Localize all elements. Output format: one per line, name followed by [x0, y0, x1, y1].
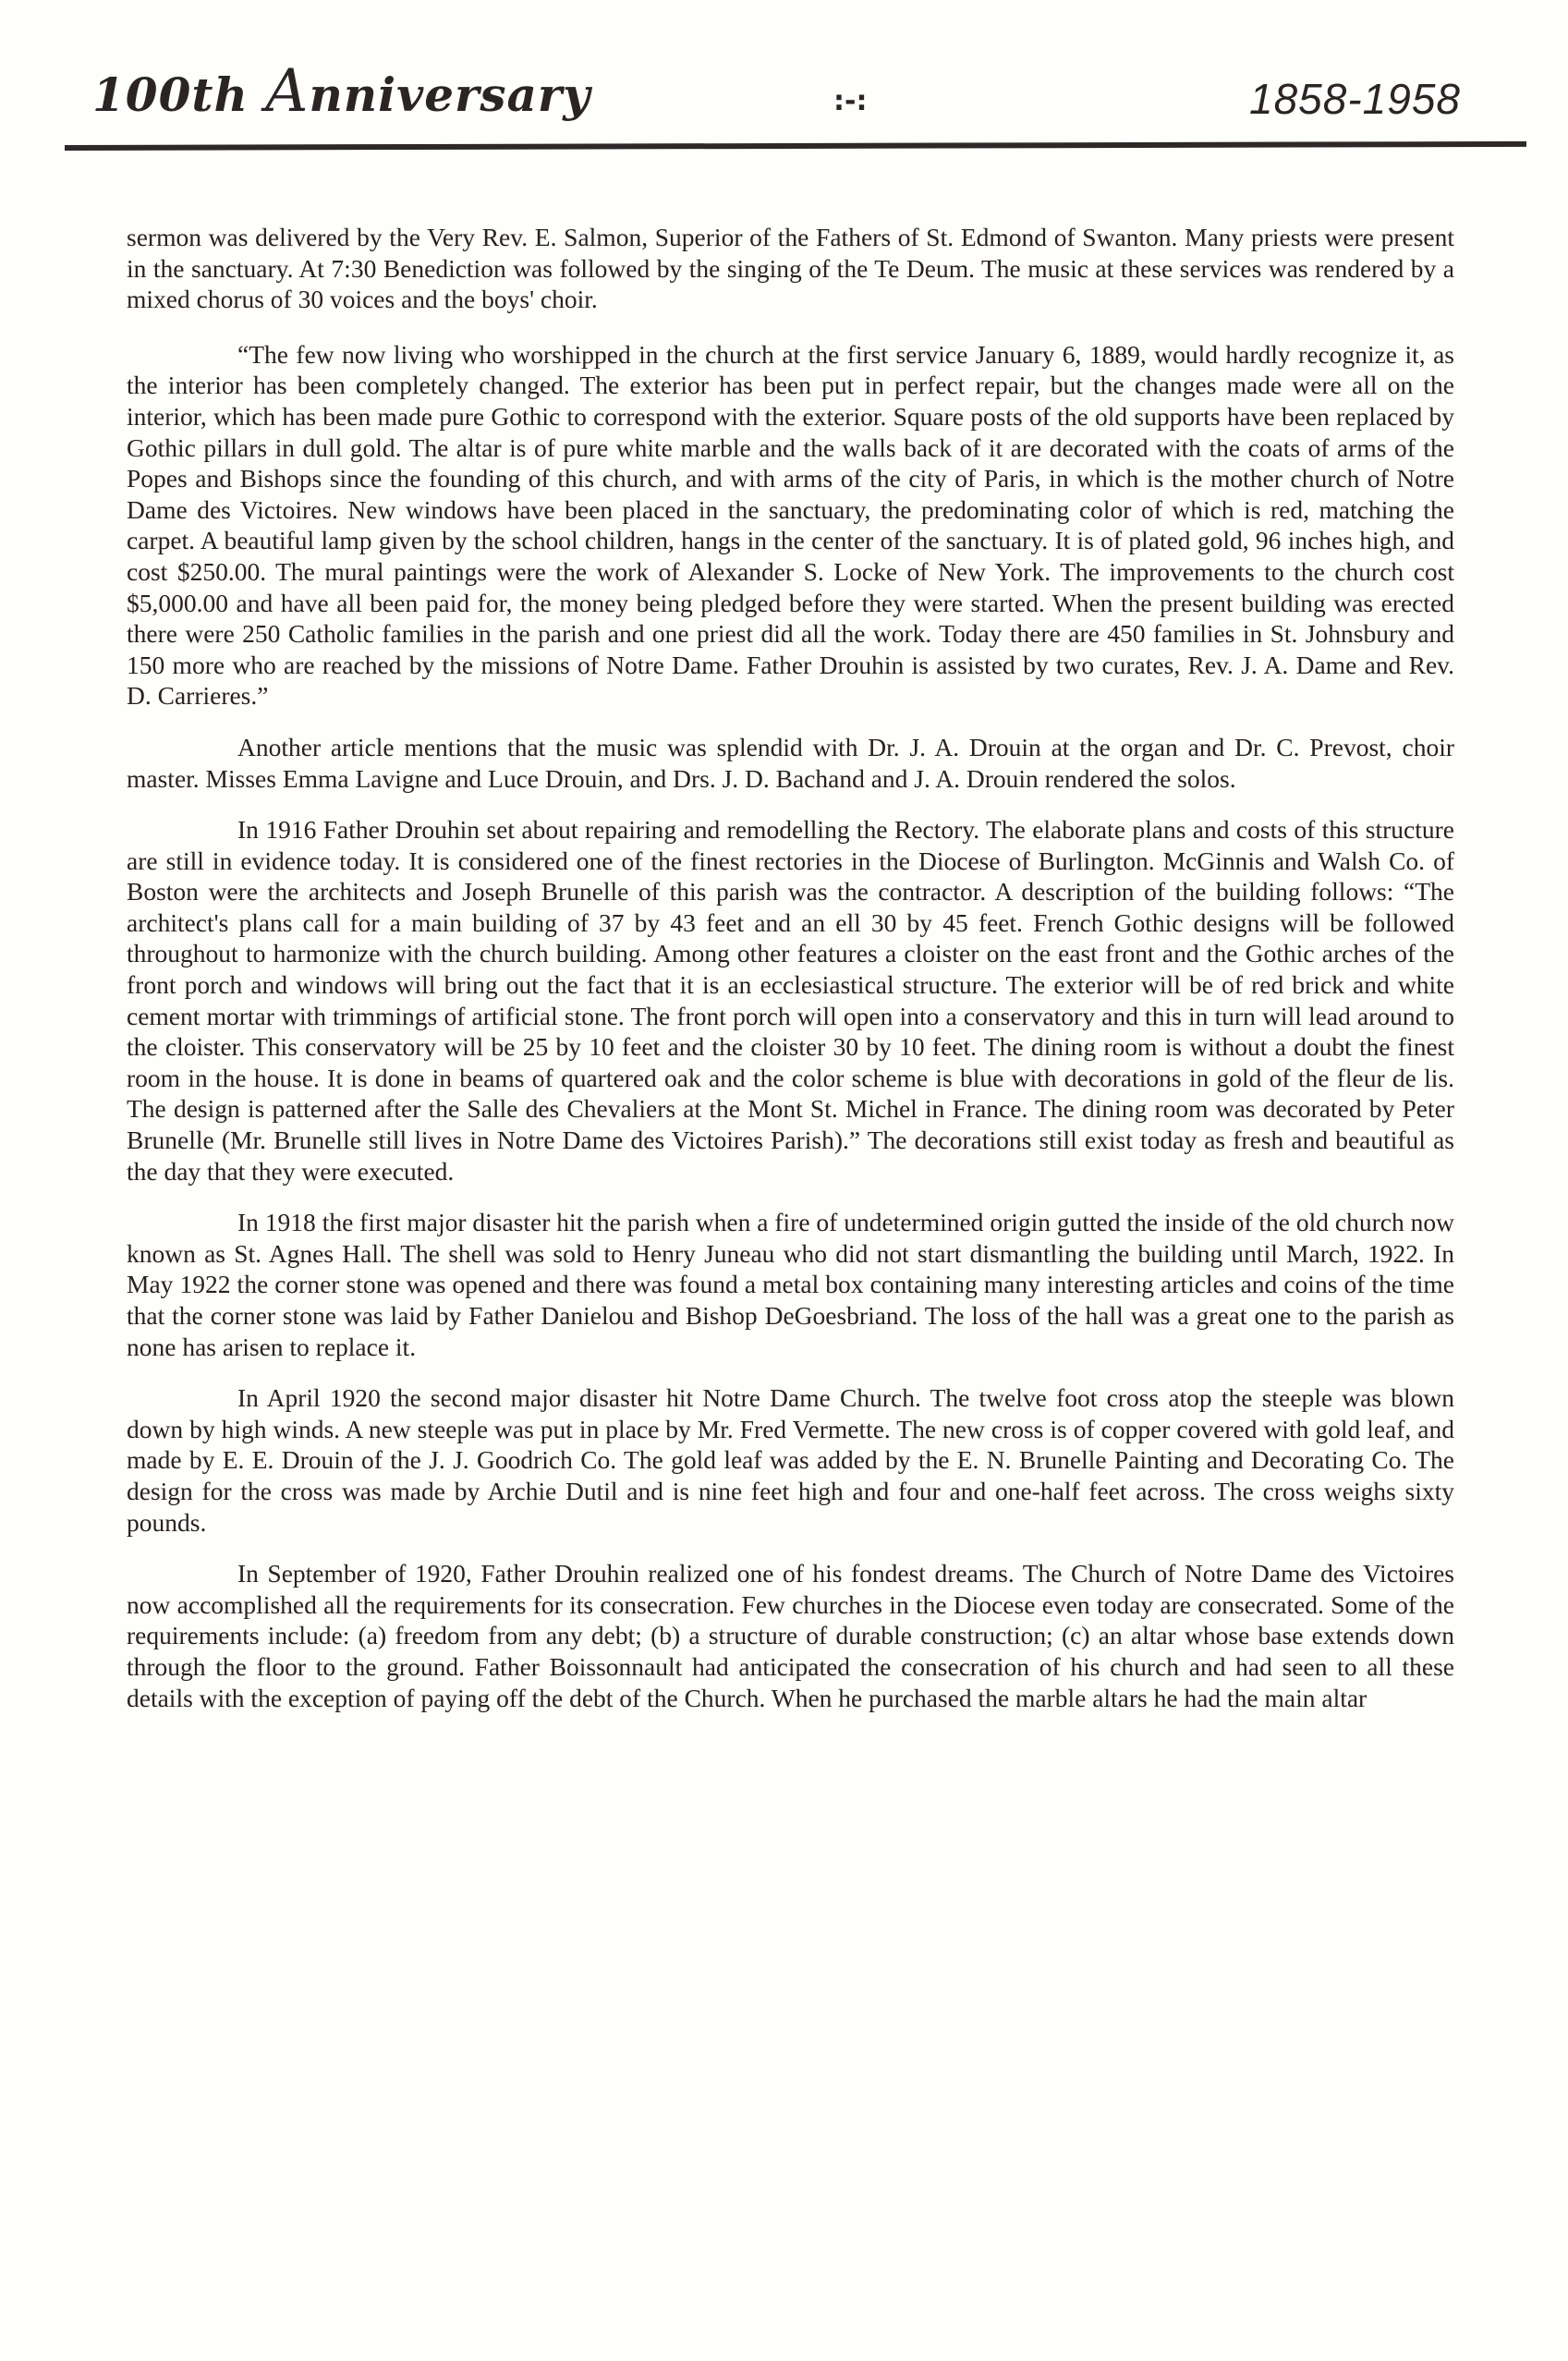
paragraph: In April 1920 the second major disaster … [127, 1382, 1454, 1538]
title-prefix: 100th [92, 67, 265, 122]
title-rest: nniversary [309, 67, 590, 122]
title-initial: A [265, 57, 309, 126]
paragraph: In September of 1920, Father Drouhin rea… [127, 1558, 1454, 1713]
body-text: sermon was delivered by the Very Rev. E.… [127, 222, 1454, 1734]
paragraph: In 1916 Father Drouhin set about repairi… [127, 814, 1454, 1187]
header-dates: 1858-1958 [1249, 74, 1461, 124]
page-header: 100th Anniversary :-: 1858-1958 [0, 0, 1568, 162]
paragraph: In 1918 the first major disaster hit the… [127, 1207, 1454, 1362]
header-rule [65, 141, 1526, 151]
header-title: 100th Anniversary [92, 57, 590, 126]
paragraph: sermon was delivered by the Very Rev. E.… [127, 222, 1454, 315]
paragraph: Another article mentions that the music … [127, 732, 1454, 794]
header-separator: :-: [833, 85, 867, 117]
paragraph: “The few now living who worshipped in th… [127, 339, 1454, 712]
